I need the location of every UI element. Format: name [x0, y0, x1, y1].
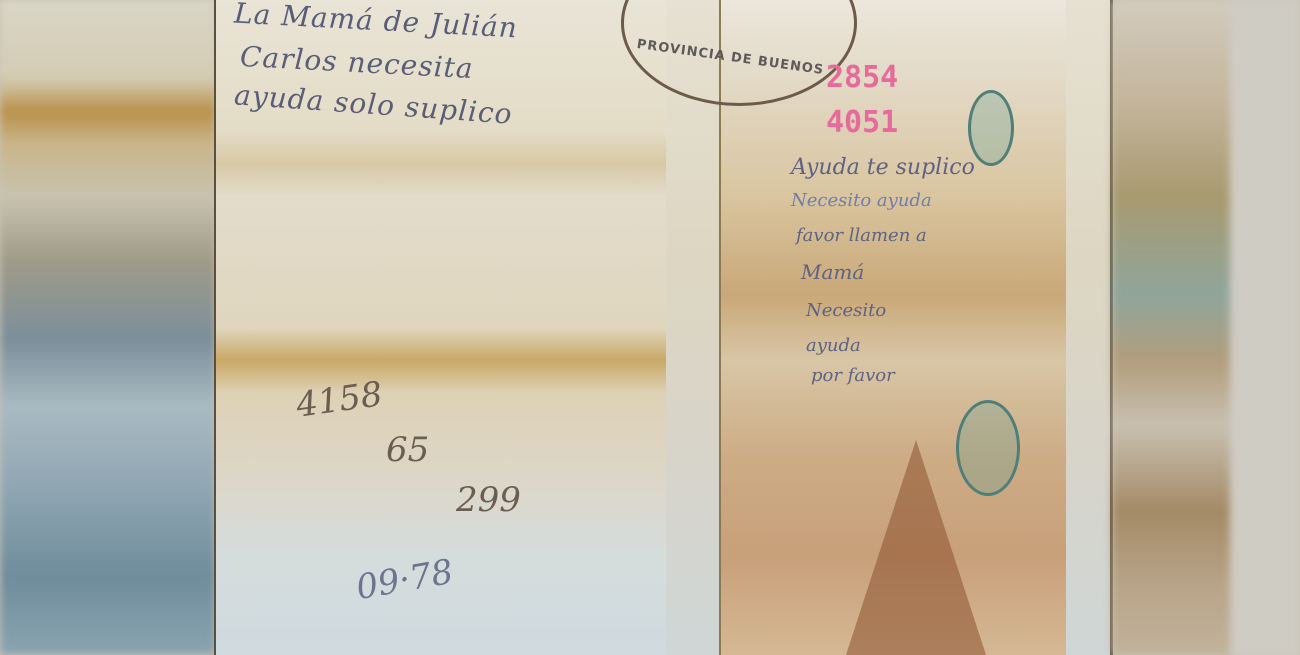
serial-number-bottom: 4051 [826, 105, 898, 140]
banknote-line: Necesito [806, 300, 886, 321]
serial-number-top: 2854 [826, 60, 898, 95]
note-number: 4158 [294, 374, 385, 426]
banknote-line: ayuda [806, 335, 861, 356]
note-number: 299 [456, 480, 521, 520]
banknote-line: Necesito ayuda [791, 190, 932, 211]
note-line: Carlos necesita [239, 40, 474, 85]
note-line: ayuda solo suplico [233, 78, 513, 130]
banknote-line: por favor [811, 365, 895, 386]
blurred-right-panel [1112, 0, 1300, 655]
note-line: La Mamá de Julián [233, 0, 518, 44]
seal-icon [956, 400, 1020, 496]
note-number: 65 [386, 430, 429, 470]
handwritten-note: La Mamá de Julián Carlos necesita ayuda … [216, 0, 666, 655]
blurred-left-panel [0, 0, 216, 655]
banknote-line: favor llamen a [796, 225, 927, 246]
banknote-line: Mamá [801, 260, 864, 284]
banknote-line: Ayuda te suplico [791, 155, 975, 180]
photo: La Mamá de Julián Carlos necesita ayuda … [216, 0, 1112, 655]
note-number: 09·78 [353, 552, 456, 608]
